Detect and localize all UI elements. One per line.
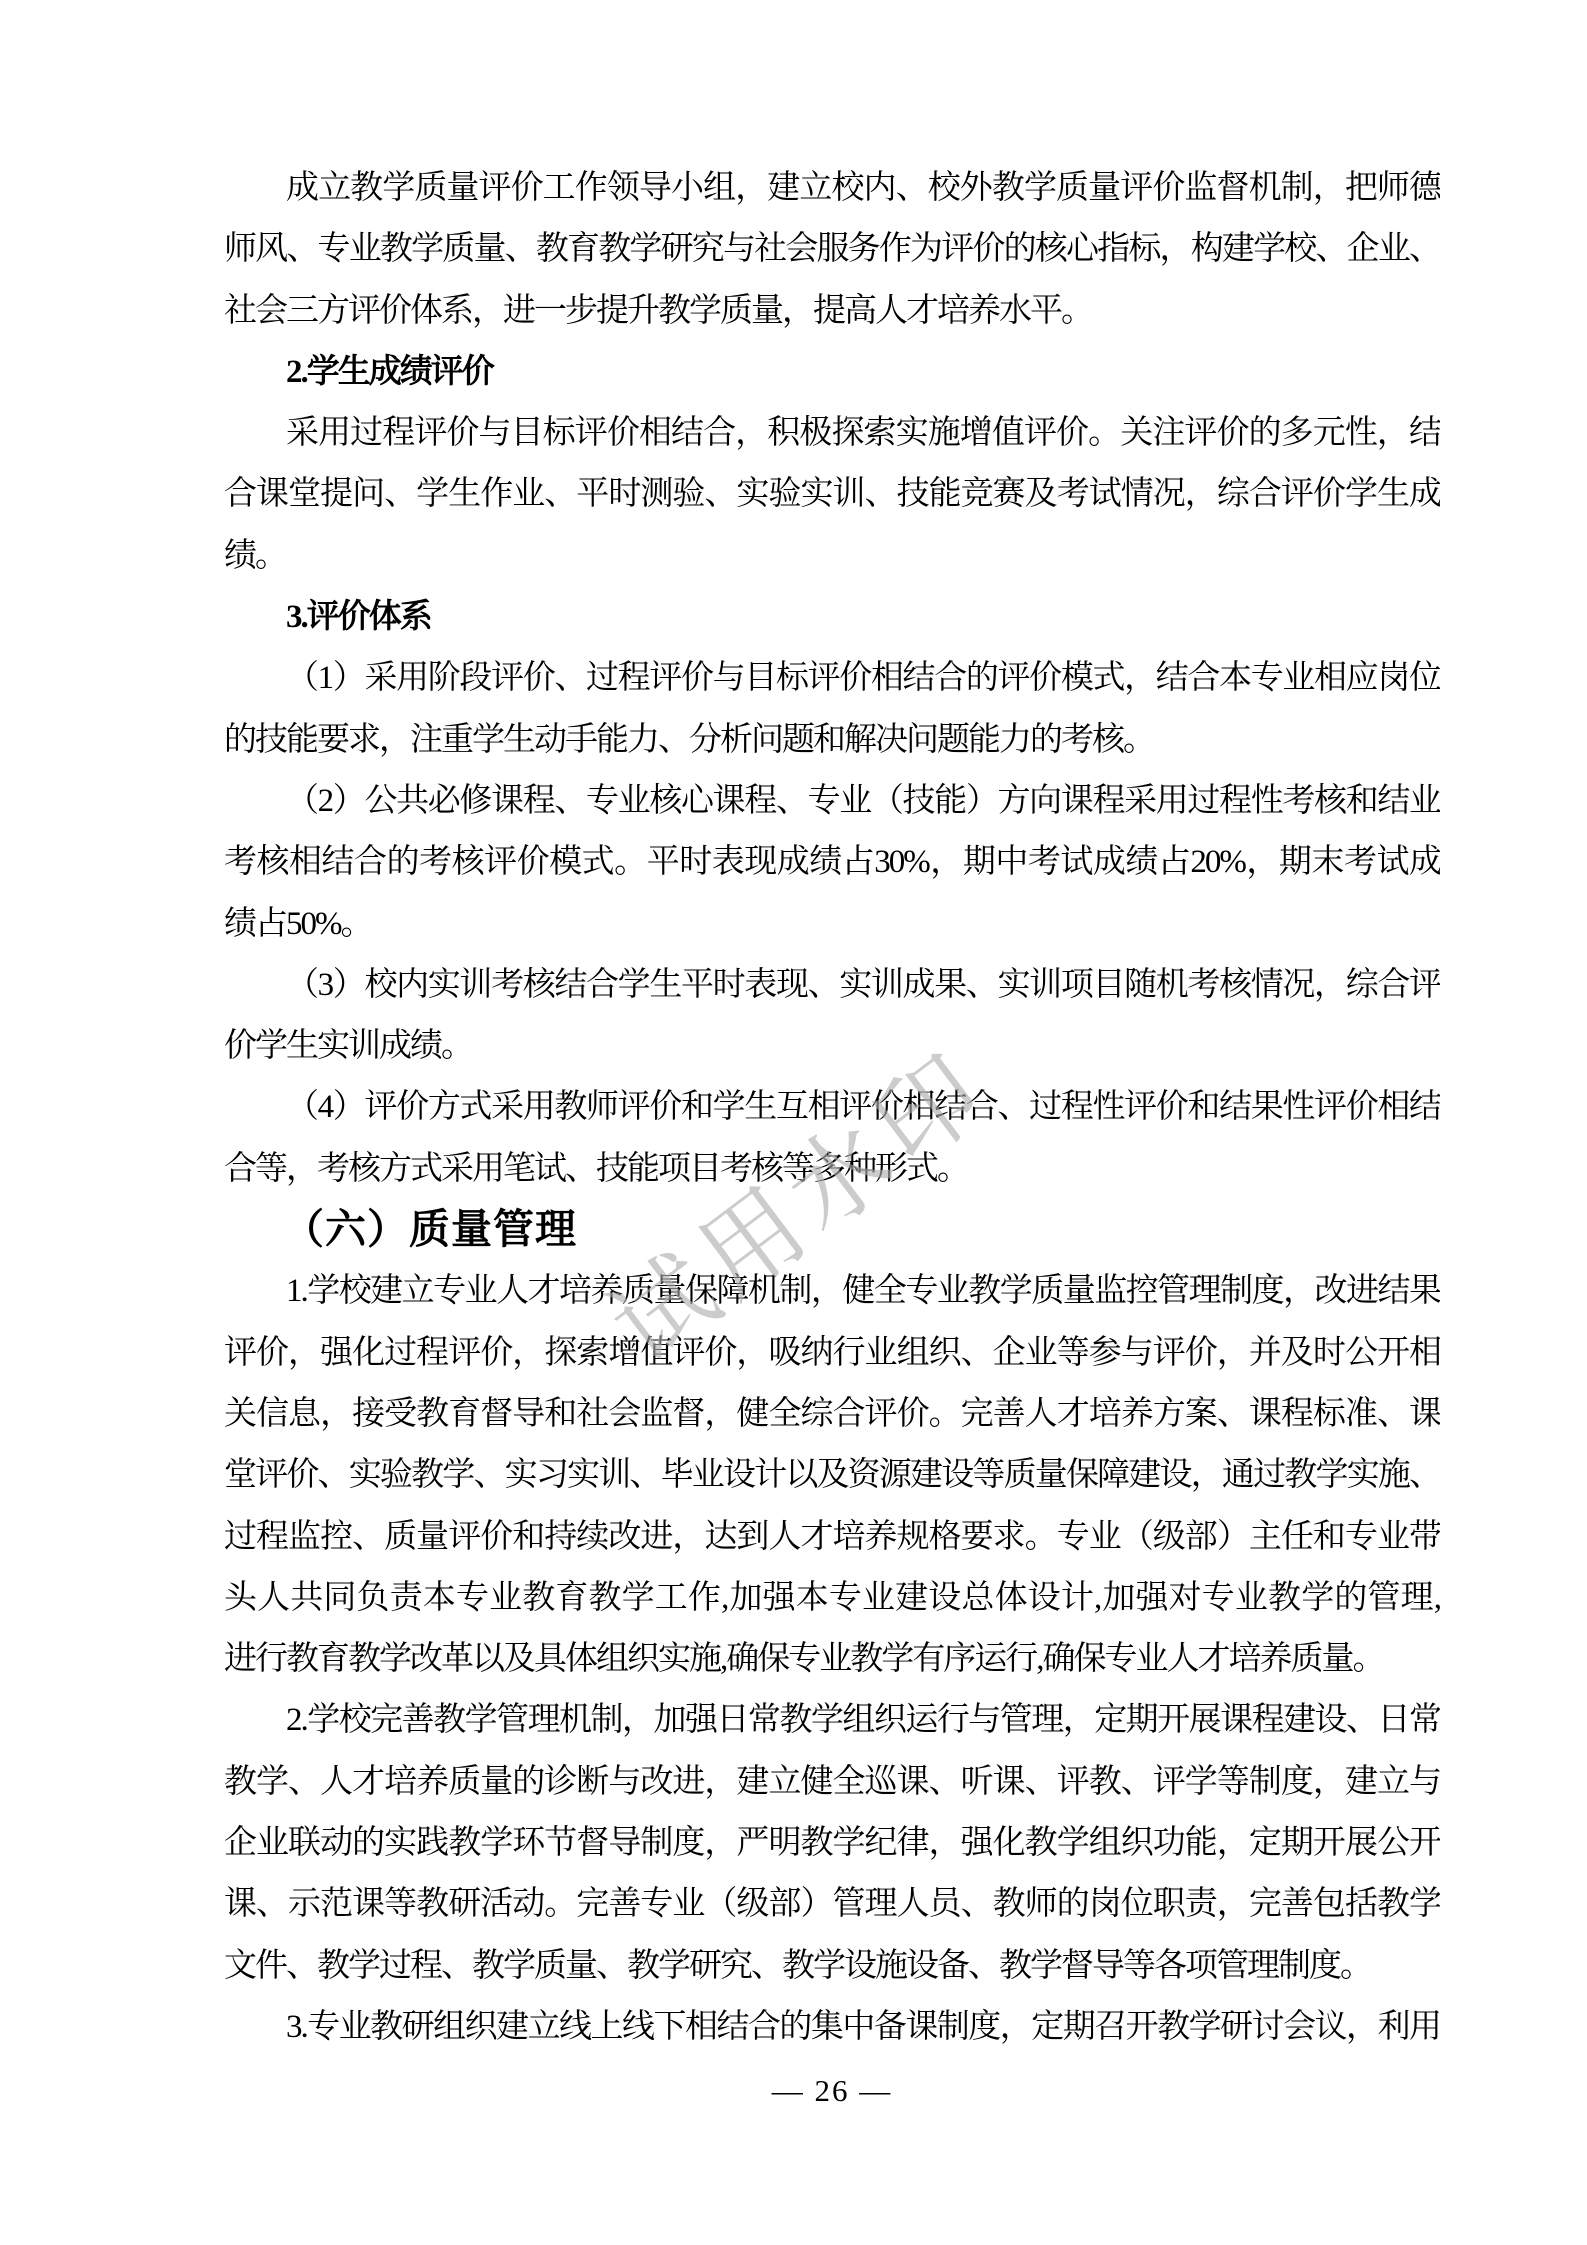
text-line: 过程监控、质量评价和持续改进，达到人才培养规格要求。专业（级部）主任和专业带 bbox=[224, 1507, 1440, 1568]
heading-line: 2.学生成绩评价 bbox=[224, 342, 1440, 403]
text-line: 价学生实训成绩。 bbox=[224, 1016, 1440, 1077]
text-line: 社会三方评价体系，进一步提升教学质量，提高人才培养水平。 bbox=[224, 281, 1440, 342]
text-line: （3）校内实训考核结合学生平时表现、实训成果、实训项目随机考核情况，综合评 bbox=[224, 955, 1440, 1016]
text-line: 企业联动的实践教学环节督导制度，严明教学纪律，强化教学组织功能，定期开展公开 bbox=[224, 1813, 1440, 1874]
text-line: 采用过程评价与目标评价相结合，积极探索实施增值评价。关注评价的多元性，结 bbox=[224, 403, 1440, 464]
heading-line: 3.评价体系 bbox=[224, 587, 1440, 648]
text-line: （1）采用阶段评价、过程评价与目标评价相结合的评价模式，结合本专业相应岗位 bbox=[224, 648, 1440, 709]
text-line: 绩。 bbox=[224, 526, 1440, 587]
text-line: 3.专业教研组织建立线上线下相结合的集中备课制度，定期召开教学研讨会议，利用 bbox=[224, 1997, 1440, 2058]
text-line: 2.学校完善教学管理机制，加强日常教学组织运行与管理，定期开展课程建设、日常 bbox=[224, 1690, 1440, 1751]
heading-line: （六）质量管理 bbox=[224, 1200, 1440, 1261]
text-line: 1.学校建立专业人才培养质量保障机制，健全专业教学质量监控管理制度，改进结果 bbox=[224, 1261, 1440, 1322]
text-line: 关信息，接受教育督导和社会监督，健全综合评价。完善人才培养方案、课程标准、课 bbox=[224, 1384, 1440, 1445]
document-page: 成立教学质量评价工作领导小组，建立校内、校外教学质量评价监督机制，把师德师风、专… bbox=[0, 0, 1587, 2245]
text-line: 合等，考核方式采用笔试、技能项目考核等多种形式。 bbox=[224, 1139, 1440, 1200]
text-line: 合课堂提问、学生作业、平时测验、实验实训、技能竞赛及考试情况，综合评价学生成 bbox=[224, 464, 1440, 525]
text-line: 师风、专业教学质量、教育教学研究与社会服务作为评价的核心指标，构建学校、企业、 bbox=[224, 219, 1440, 280]
text-line: （4）评价方式采用教师评价和学生互相评价相结合、过程性评价和结果性评价相结 bbox=[224, 1077, 1440, 1138]
text-line: 绩占50%。 bbox=[224, 894, 1440, 955]
document-body: 成立教学质量评价工作领导小组，建立校内、校外教学质量评价监督机制，把师德师风、专… bbox=[224, 158, 1440, 2058]
text-line: 头人共同负责本专业教育教学工作,加强本专业建设总体设计,加强对专业教学的管理, bbox=[224, 1568, 1440, 1629]
text-line: 堂评价、实验教学、实习实训、毕业设计以及资源建设等质量保障建设，通过教学实施、 bbox=[224, 1445, 1440, 1506]
text-line: 教学、人才培养质量的诊断与改进，建立健全巡课、听课、评教、评学等制度，建立与 bbox=[224, 1752, 1440, 1813]
text-line: 的技能要求，注重学生动手能力、分析问题和解决问题能力的考核。 bbox=[224, 710, 1440, 771]
text-line: 成立教学质量评价工作领导小组，建立校内、校外教学质量评价监督机制，把师德 bbox=[224, 158, 1440, 219]
text-line: 课、示范课等教研活动。完善专业（级部）管理人员、教师的岗位职责，完善包括教学 bbox=[224, 1874, 1440, 1935]
text-line: 进行教育教学改革以及具体组织实施,确保专业教学有序运行,确保专业人才培养质量。 bbox=[224, 1629, 1440, 1690]
page-number: — 26 — bbox=[224, 2060, 1440, 2121]
text-line: 文件、教学过程、教学质量、教学研究、教学设施设备、教学督导等各项管理制度。 bbox=[224, 1936, 1440, 1997]
text-line: 评价，强化过程评价，探索增值评价，吸纳行业组织、企业等参与评价，并及时公开相 bbox=[224, 1323, 1440, 1384]
text-line: （2）公共必修课程、专业核心课程、专业（技能）方向课程采用过程性考核和结业 bbox=[224, 771, 1440, 832]
text-line: 考核相结合的考核评价模式。平时表现成绩占30%，期中考试成绩占20%，期末考试成 bbox=[224, 832, 1440, 893]
